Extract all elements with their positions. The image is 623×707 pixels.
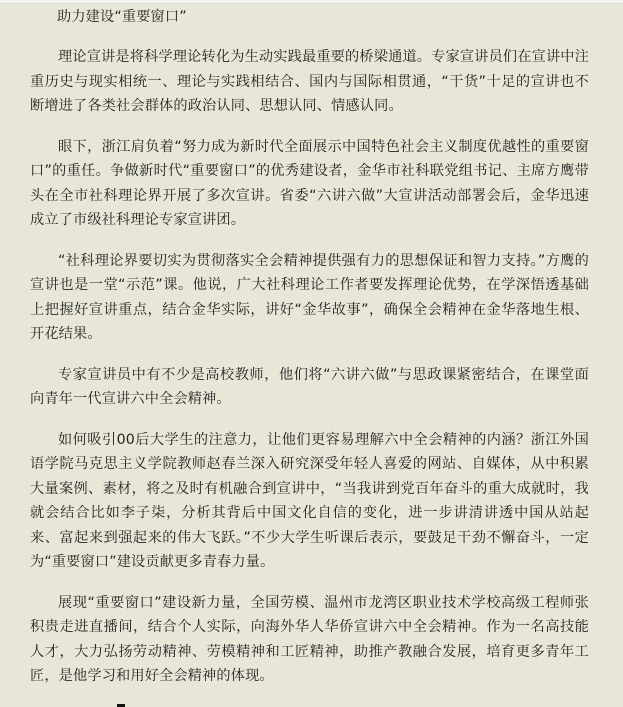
paragraph-6: 展现“重要窗口”建设新力量，全国劳模、温州市龙湾区职业技术学校高级工程师张积贵走… bbox=[30, 591, 589, 689]
paragraph-3: “社科理论界要切实为贯彻落实全会精神提供强有力的思想保证和智力支持。”方鹰的宣讲… bbox=[30, 249, 589, 347]
paragraph-4: 专家宣讲员中有不少是高校教师，他们将“六讲六做”与思政课紧密结合，在课堂面向青年… bbox=[30, 363, 589, 412]
top-border bbox=[0, 0, 623, 4]
section-subheading: 助力建设“重要窗口” bbox=[30, 5, 589, 29]
paragraph-5: 如何吸引00后大学生的注意力，让他们更容易理解六中全会精神的内涵？浙江外国语学院… bbox=[30, 428, 589, 575]
paragraph-1: 理论宣讲是将科学理论转化为生动实践最重要的桥梁通道。专家宣讲员们在宣讲中注重历史… bbox=[30, 45, 589, 119]
paragraph-2: 眼下，浙江肩负着“努力成为新时代全面展示中国特色社会主义制度优越性的重要窗口”的… bbox=[30, 135, 589, 233]
article-body: 助力建设“重要窗口” 理论宣讲是将科学理论转化为生动实践最重要的桥梁通道。专家宣… bbox=[0, 5, 623, 689]
